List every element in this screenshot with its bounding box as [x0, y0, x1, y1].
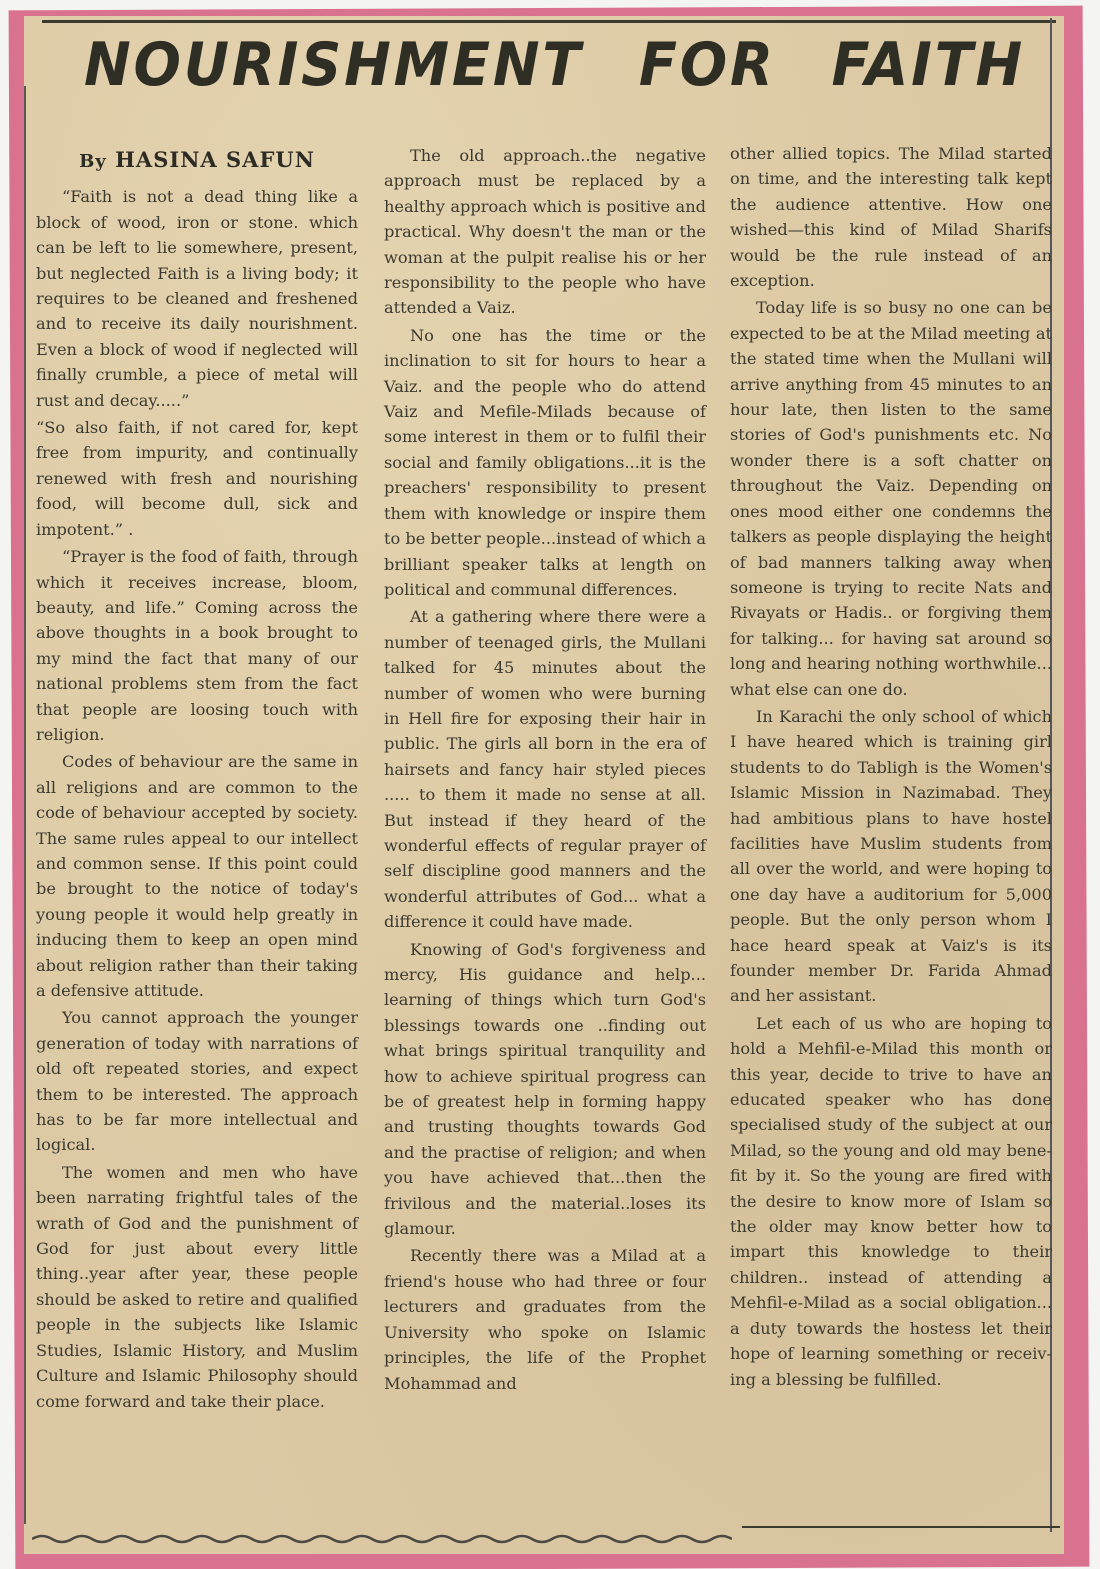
column-end-rule — [742, 1526, 1060, 1528]
byline: By HASINA SAFUN — [36, 147, 358, 174]
article-columns: By HASINA SAFUN “Faith is not a dead thi… — [36, 131, 1058, 1416]
paragraph: “Faith is not a dead thing like a block … — [36, 184, 358, 413]
column-3: other allied topics. The Milad started o… — [730, 141, 1052, 1416]
headline: NOURISHMENT FOR FAITH — [84, 30, 977, 100]
paragraph: Knowing of God's forgiveness and mercy, … — [384, 937, 706, 1242]
byline-prefix: By — [79, 151, 107, 172]
column-1: By HASINA SAFUN “Faith is not a dead thi… — [36, 131, 358, 1416]
paragraph: At a gathering where there were a number… — [384, 604, 706, 934]
author-name: HASINA SAFUN — [115, 147, 315, 172]
paragraph: The old approach..the nega­tive approach… — [384, 143, 706, 321]
top-rule — [42, 20, 1056, 23]
newspaper-clipping: NOURISHMENT FOR FAITH By HASINA SAFUN “F… — [24, 16, 1064, 1554]
paragraph: The women and men who have been narratin… — [36, 1160, 358, 1414]
paragraph: Today life is so busy no one can be expe… — [730, 295, 1052, 702]
left-rule — [24, 86, 26, 1524]
paragraph: Codes of behaviour are the same in all r… — [36, 749, 358, 1003]
wavy-bottom-rule — [32, 1532, 732, 1546]
paragraph: Recently there was a Milad at a friend's… — [384, 1243, 706, 1395]
paragraph: “So also faith, if not cared for, kept f… — [36, 415, 358, 542]
paragraph: Let each of us who are hoping to hold a … — [730, 1011, 1052, 1392]
paragraph: “Prayer is the food of faith, through wh… — [36, 544, 358, 747]
paragraph: In Karachi the only school of which I ha… — [730, 704, 1052, 1009]
paragraph: other allied topics. The Milad started o… — [730, 141, 1052, 293]
paragraph: No one has the time or the inclination t… — [384, 323, 706, 602]
paragraph: You cannot approach the youn­ger generat… — [36, 1005, 358, 1157]
column-2: The old approach..the nega­tive approach… — [384, 143, 706, 1416]
